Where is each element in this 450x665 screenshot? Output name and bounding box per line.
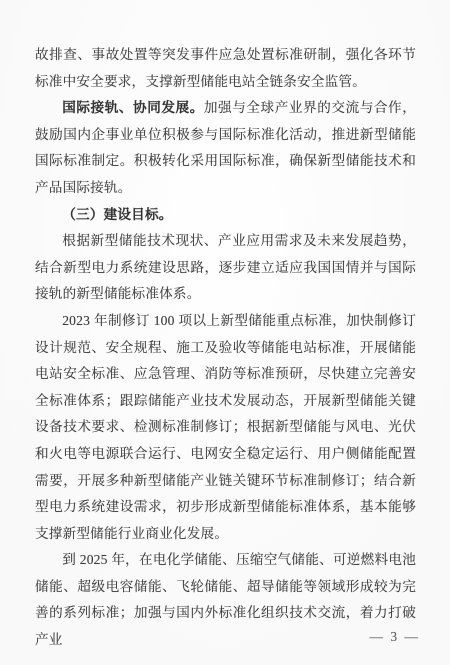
paragraph: 故排查、事故处置等突发事件应急处置标准研制，强化各环节标准中安全要求，支撑新型储… xyxy=(35,42,416,95)
section-heading-label: （三）建设目标。 xyxy=(62,207,172,222)
page-number: — 3 — xyxy=(370,629,421,645)
paragraph: 国际接轨、协同发展。加强与全球产业界的交流与合作，鼓励国内企事业单位积极参与国际… xyxy=(35,95,416,201)
document-page: 故排查、事故处置等突发事件应急处置标准研制，强化各环节标准中安全要求，支撑新型储… xyxy=(0,0,450,665)
document-body: 故排查、事故处置等突发事件应急处置标准研制，强化各环节标准中安全要求，支撑新型储… xyxy=(35,42,416,654)
paragraph: 根据新型储能技术现状、产业应用需求及未来发展趋势，结合新型电力系统建设思路，逐步… xyxy=(35,228,416,308)
section-heading: （三）建设目标。 xyxy=(35,202,416,229)
paragraph: 到 2025 年，在电化学储能、压缩空气储能、可逆燃料电池储能、超级电容储能、飞… xyxy=(35,547,416,653)
paragraph-lead: 国际接轨、协同发展。 xyxy=(62,100,204,115)
paragraph: 2023 年制修订 100 项以上新型储能重点标准，加快制修订设计规范、安全规程… xyxy=(35,308,416,547)
